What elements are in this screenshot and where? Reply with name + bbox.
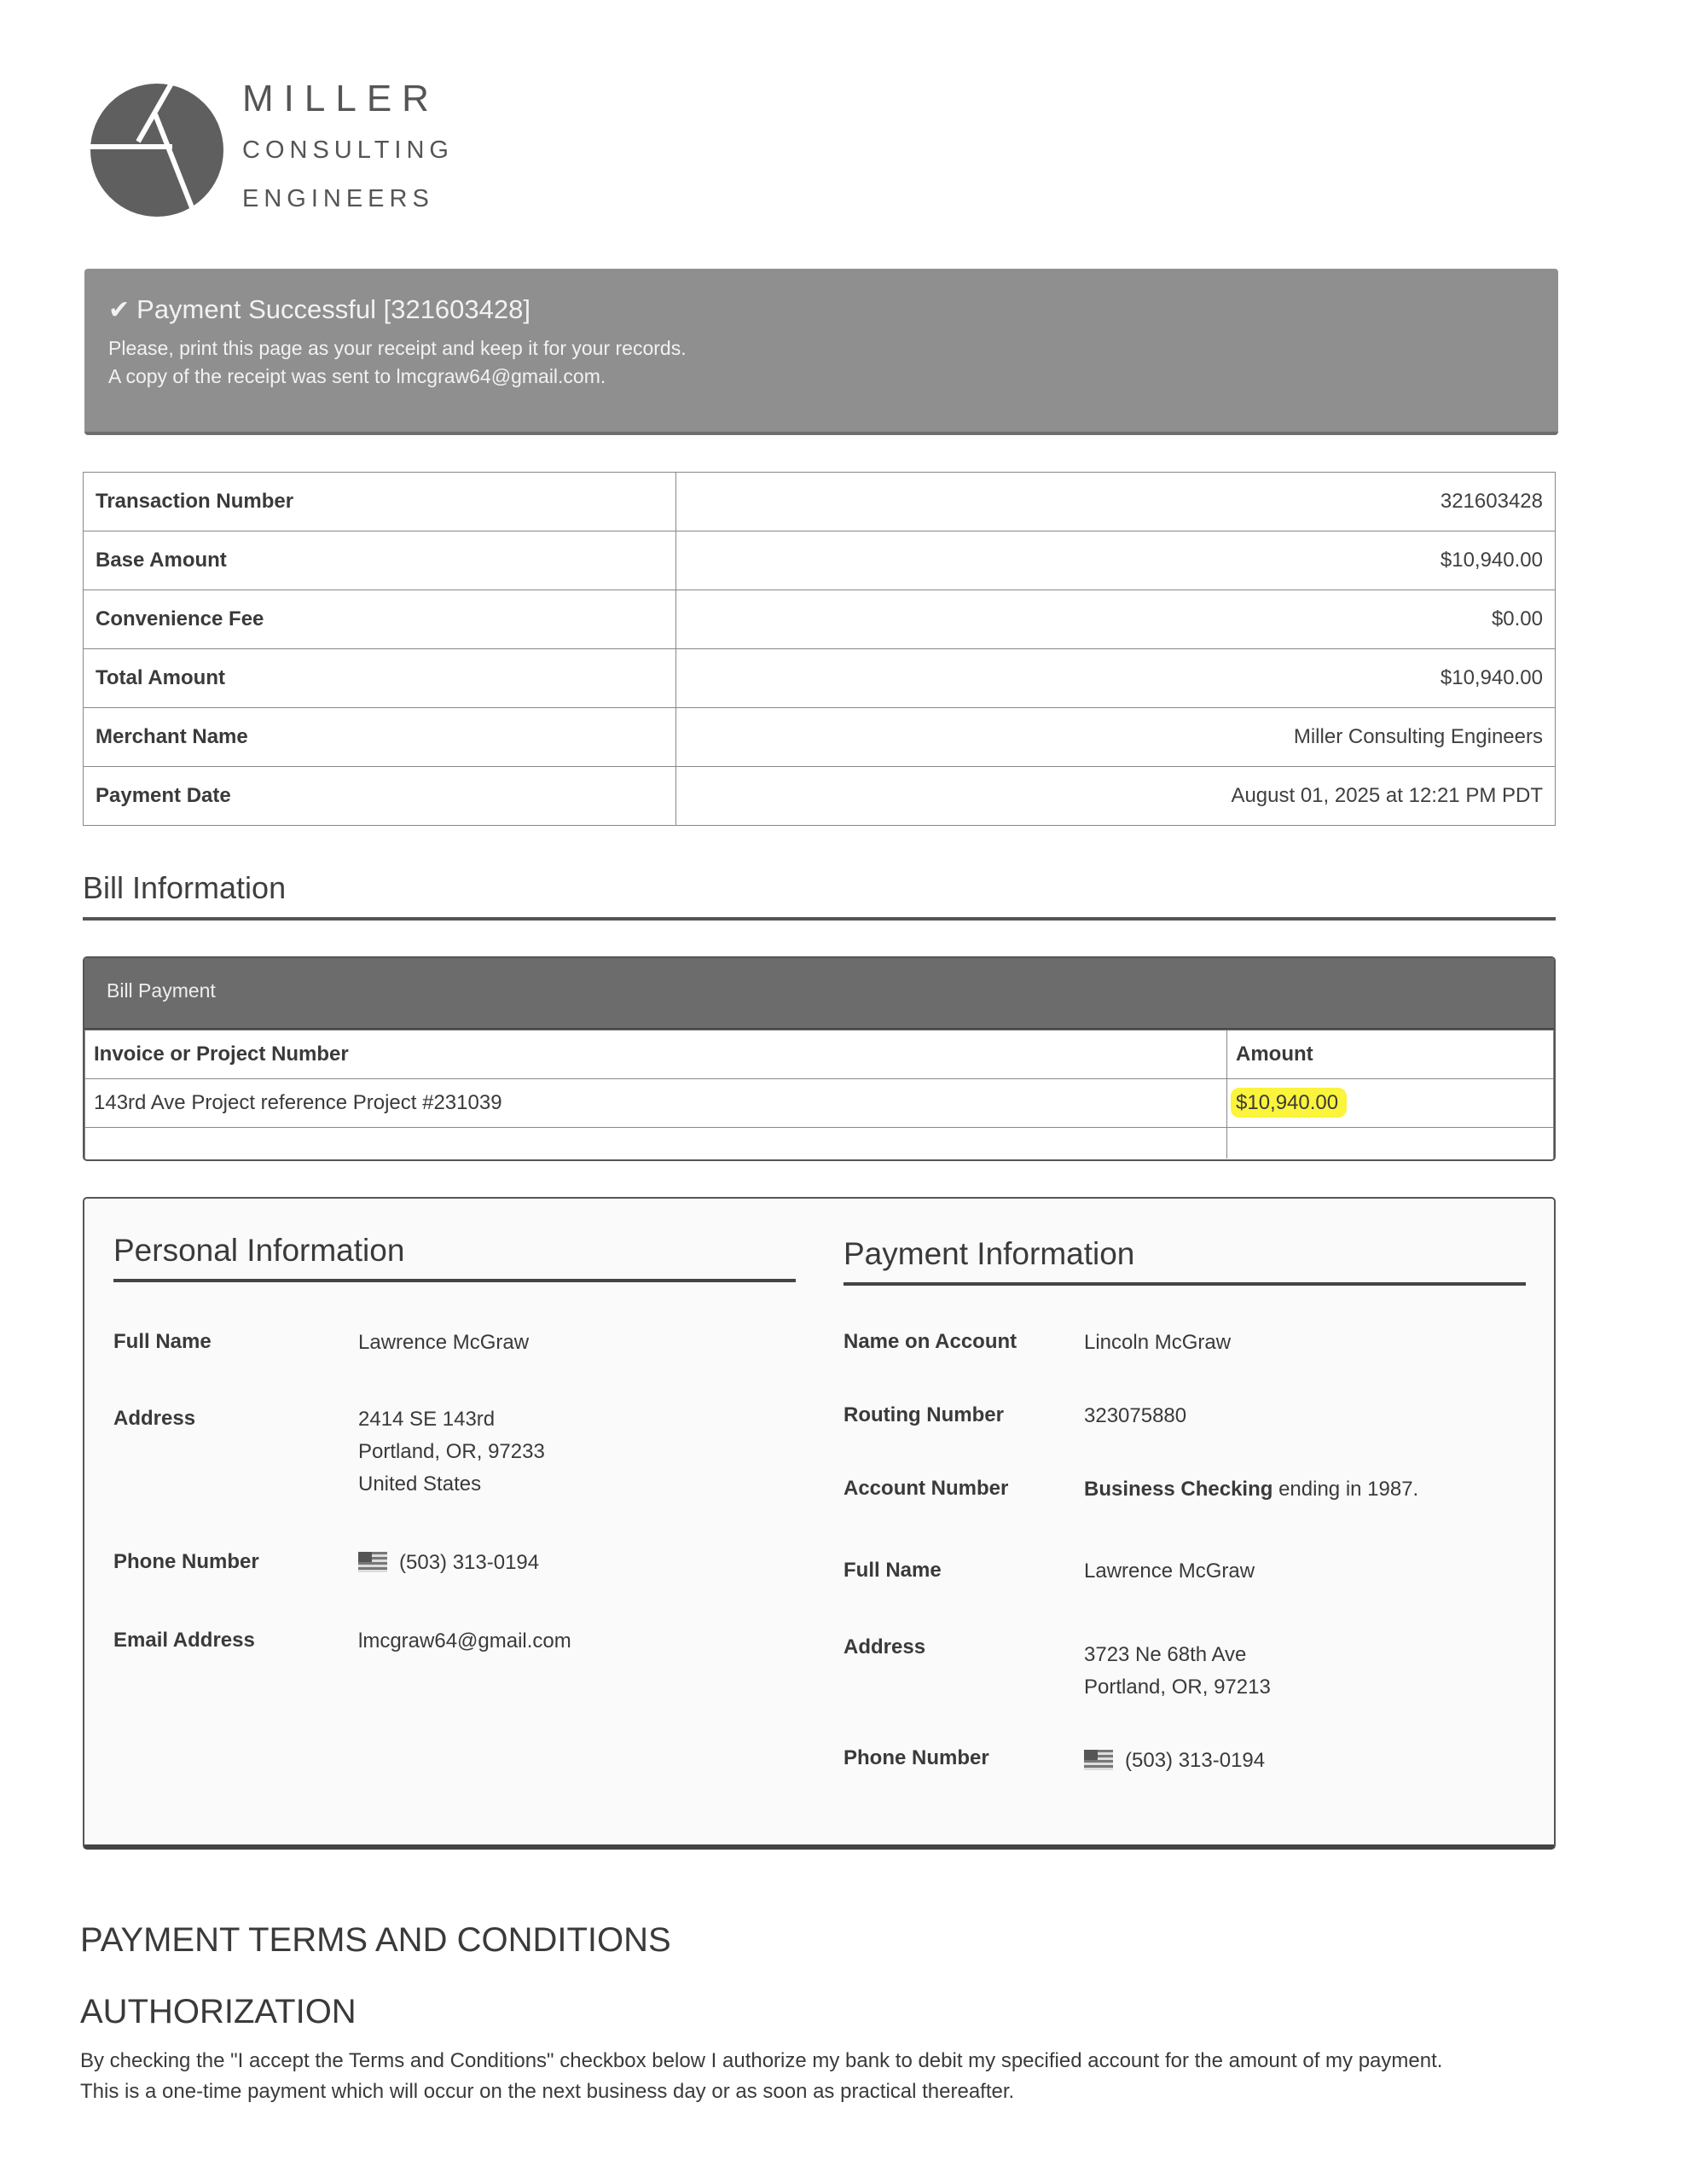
authorization-text: By checking the "I accept the Terms and … [80,2046,1581,2107]
company-logo: MILLER CONSULTING ENGINEERS [89,82,447,227]
base-amount-label: Base Amount [84,531,676,590]
payer-full-name-label: Full Name [843,1559,942,1583]
invoice-number: 143rd Ave Project reference Project #231… [85,1079,1227,1128]
column-header-amount: Amount [1227,1031,1554,1079]
payer-address-value: 3723 Ne 68th Ave Portland, OR, 97213 [1084,1639,1271,1704]
personal-phone-value: (503) 313-0194 [358,1547,539,1579]
alert-email-note: A copy of the receipt was sent to lmcgra… [108,365,1534,388]
us-flag-icon [358,1552,387,1572]
alert-print-note: Please, print this page as your receipt … [108,337,1534,360]
convenience-fee-value: $0.00 [676,590,1556,649]
table-header-row: Invoice or Project Number Amount [85,1031,1554,1079]
table-row: Merchant Name Miller Consulting Engineer… [84,708,1556,767]
name-on-account-label: Name on Account [843,1330,1017,1354]
pie-logo-icon [89,82,225,218]
column-header-invoice: Invoice or Project Number [85,1031,1227,1079]
account-number-value: Business Checking ending in 1987. [1084,1473,1418,1506]
personal-information-section: Personal Information Full Name Lawrence … [113,1233,796,1680]
routing-number-value: 323075880 [1084,1400,1186,1432]
table-row: Transaction Number 321603428 [84,473,1556,531]
personal-full-name-value: Lawrence McGraw [358,1327,529,1359]
convenience-fee-label: Convenience Fee [84,590,676,649]
personal-full-name-label: Full Name [113,1330,212,1354]
bill-payment-title: Bill Payment [84,958,1554,1030]
transaction-summary-table: Transaction Number 321603428 Base Amount… [83,472,1556,826]
payer-phone-value: (503) 313-0194 [1084,1745,1265,1777]
account-number-label: Account Number [843,1477,1008,1501]
check-icon: ✔ [108,295,130,325]
bill-table: Invoice or Project Number Amount 143rd A… [84,1030,1554,1159]
logo-subtitle-2: ENGINEERS [242,187,454,212]
authorization-heading: AUTHORIZATION [80,1993,357,2031]
name-on-account-value: Lincoln McGraw [1084,1327,1231,1359]
alert-title: Payment Successful [321603428] [136,294,530,325]
merchant-name-value: Miller Consulting Engineers [676,708,1556,767]
personal-address-label: Address [113,1407,195,1431]
table-row-empty [85,1128,1554,1159]
terms-heading: PAYMENT TERMS AND CONDITIONS [80,1921,671,1960]
routing-number-label: Routing Number [843,1403,1004,1427]
personal-email-value: lmcgraw64@gmail.com [358,1625,571,1658]
base-amount-value: $10,940.00 [676,531,1556,590]
personal-information-heading: Personal Information [113,1233,796,1282]
payment-date-label: Payment Date [84,767,676,826]
payment-date-value: August 01, 2025 at 12:21 PM PDT [676,767,1556,826]
payment-success-alert: ✔ Payment Successful [321603428] Please,… [84,269,1558,435]
payer-address-label: Address [843,1635,925,1659]
payer-full-name-value: Lawrence McGraw [1084,1555,1255,1588]
table-row: Payment Date August 01, 2025 at 12:21 PM… [84,767,1556,826]
total-amount-value: $10,940.00 [676,649,1556,708]
payment-information-heading: Payment Information [843,1236,1526,1286]
transaction-number-value: 321603428 [676,473,1556,531]
payment-information-section: Payment Information Name on Account Linc… [843,1233,1526,1798]
payer-phone-label: Phone Number [843,1746,989,1770]
transaction-number-label: Transaction Number [84,473,676,531]
table-row: Convenience Fee $0.00 [84,590,1556,649]
info-panel: Personal Information Full Name Lawrence … [83,1197,1556,1850]
total-amount-label: Total Amount [84,649,676,708]
table-row: 143rd Ave Project reference Project #231… [85,1079,1554,1128]
merchant-name-label: Merchant Name [84,708,676,767]
personal-phone-label: Phone Number [113,1550,259,1574]
bill-amount: $10,940.00 [1231,1088,1347,1118]
table-row: Base Amount $10,940.00 [84,531,1556,590]
us-flag-icon [1084,1750,1113,1770]
logo-subtitle-1: CONSULTING [242,138,454,163]
personal-address-value: 2414 SE 143rd Portland, OR, 97233 United… [358,1403,545,1501]
bill-payment-panel: Bill Payment Invoice or Project Number A… [83,956,1556,1161]
bill-information-heading: Bill Information [83,870,1556,906]
table-row: Total Amount $10,940.00 [84,649,1556,708]
section-divider [83,917,1556,921]
logo-name: MILLER [242,80,454,118]
personal-email-label: Email Address [113,1629,255,1653]
